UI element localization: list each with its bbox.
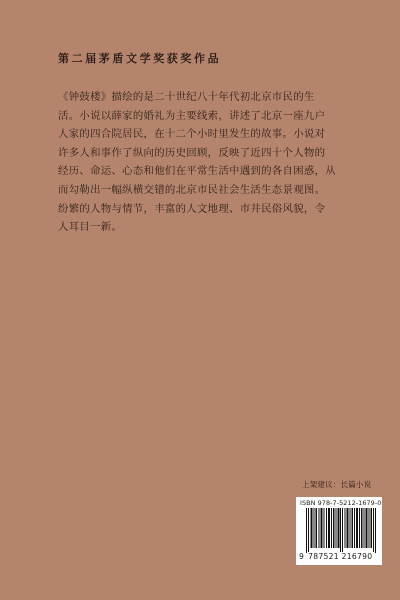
blurb-line: 许多人和事作了纵向的历史回顾，反映了近四十个人物的: [58, 144, 294, 163]
isbn-number: ISBN 978-7-5212-1679-0: [300, 499, 381, 507]
blurb-line: 《钟鼓楼》描绘的是二十世纪八十年代初北京市民的生: [58, 88, 294, 107]
ean-first-digit: 9: [299, 552, 307, 561]
blurb-line: 人家的四合院居民，在十二个小时里发生的故事。小说对: [58, 125, 294, 144]
ean-left-group: 787521: [307, 552, 340, 561]
award-line: 第二届茅盾文学奖获奖作品: [58, 50, 221, 66]
ean-digits: 9 787521 216790: [299, 552, 379, 561]
ean-right-group: 216790: [340, 552, 374, 561]
blurb-line: 而勾勒出一幅纵横交错的北京市民社会生活生态景观图。: [58, 181, 294, 200]
book-blurb: 《钟鼓楼》描绘的是二十世纪八十年代初北京市民的生 活。小说以薛家的婚礼为主要线索…: [58, 88, 294, 237]
barcode-bars-icon: [306, 508, 376, 553]
blurb-line: 人耳目一新。: [58, 218, 294, 237]
isbn-barcode: ISBN 978-7-5212-1679-0: [296, 497, 382, 565]
blurb-line: 经历、命运、心态和他们在平常生活中遇到的各自困惑，从: [58, 162, 294, 181]
blurb-line: 纷繁的人物与情节，丰富的人文地理、市井民俗风貌，令: [58, 200, 294, 219]
shelf-recommendation: 上架建议：长篇小说: [302, 479, 371, 490]
book-back-cover: 第二届茅盾文学奖获奖作品 《钟鼓楼》描绘的是二十世纪八十年代初北京市民的生 活。…: [0, 0, 400, 600]
blurb-line: 活。小说以薛家的婚礼为主要线索，讲述了北京一座九户: [58, 107, 294, 126]
